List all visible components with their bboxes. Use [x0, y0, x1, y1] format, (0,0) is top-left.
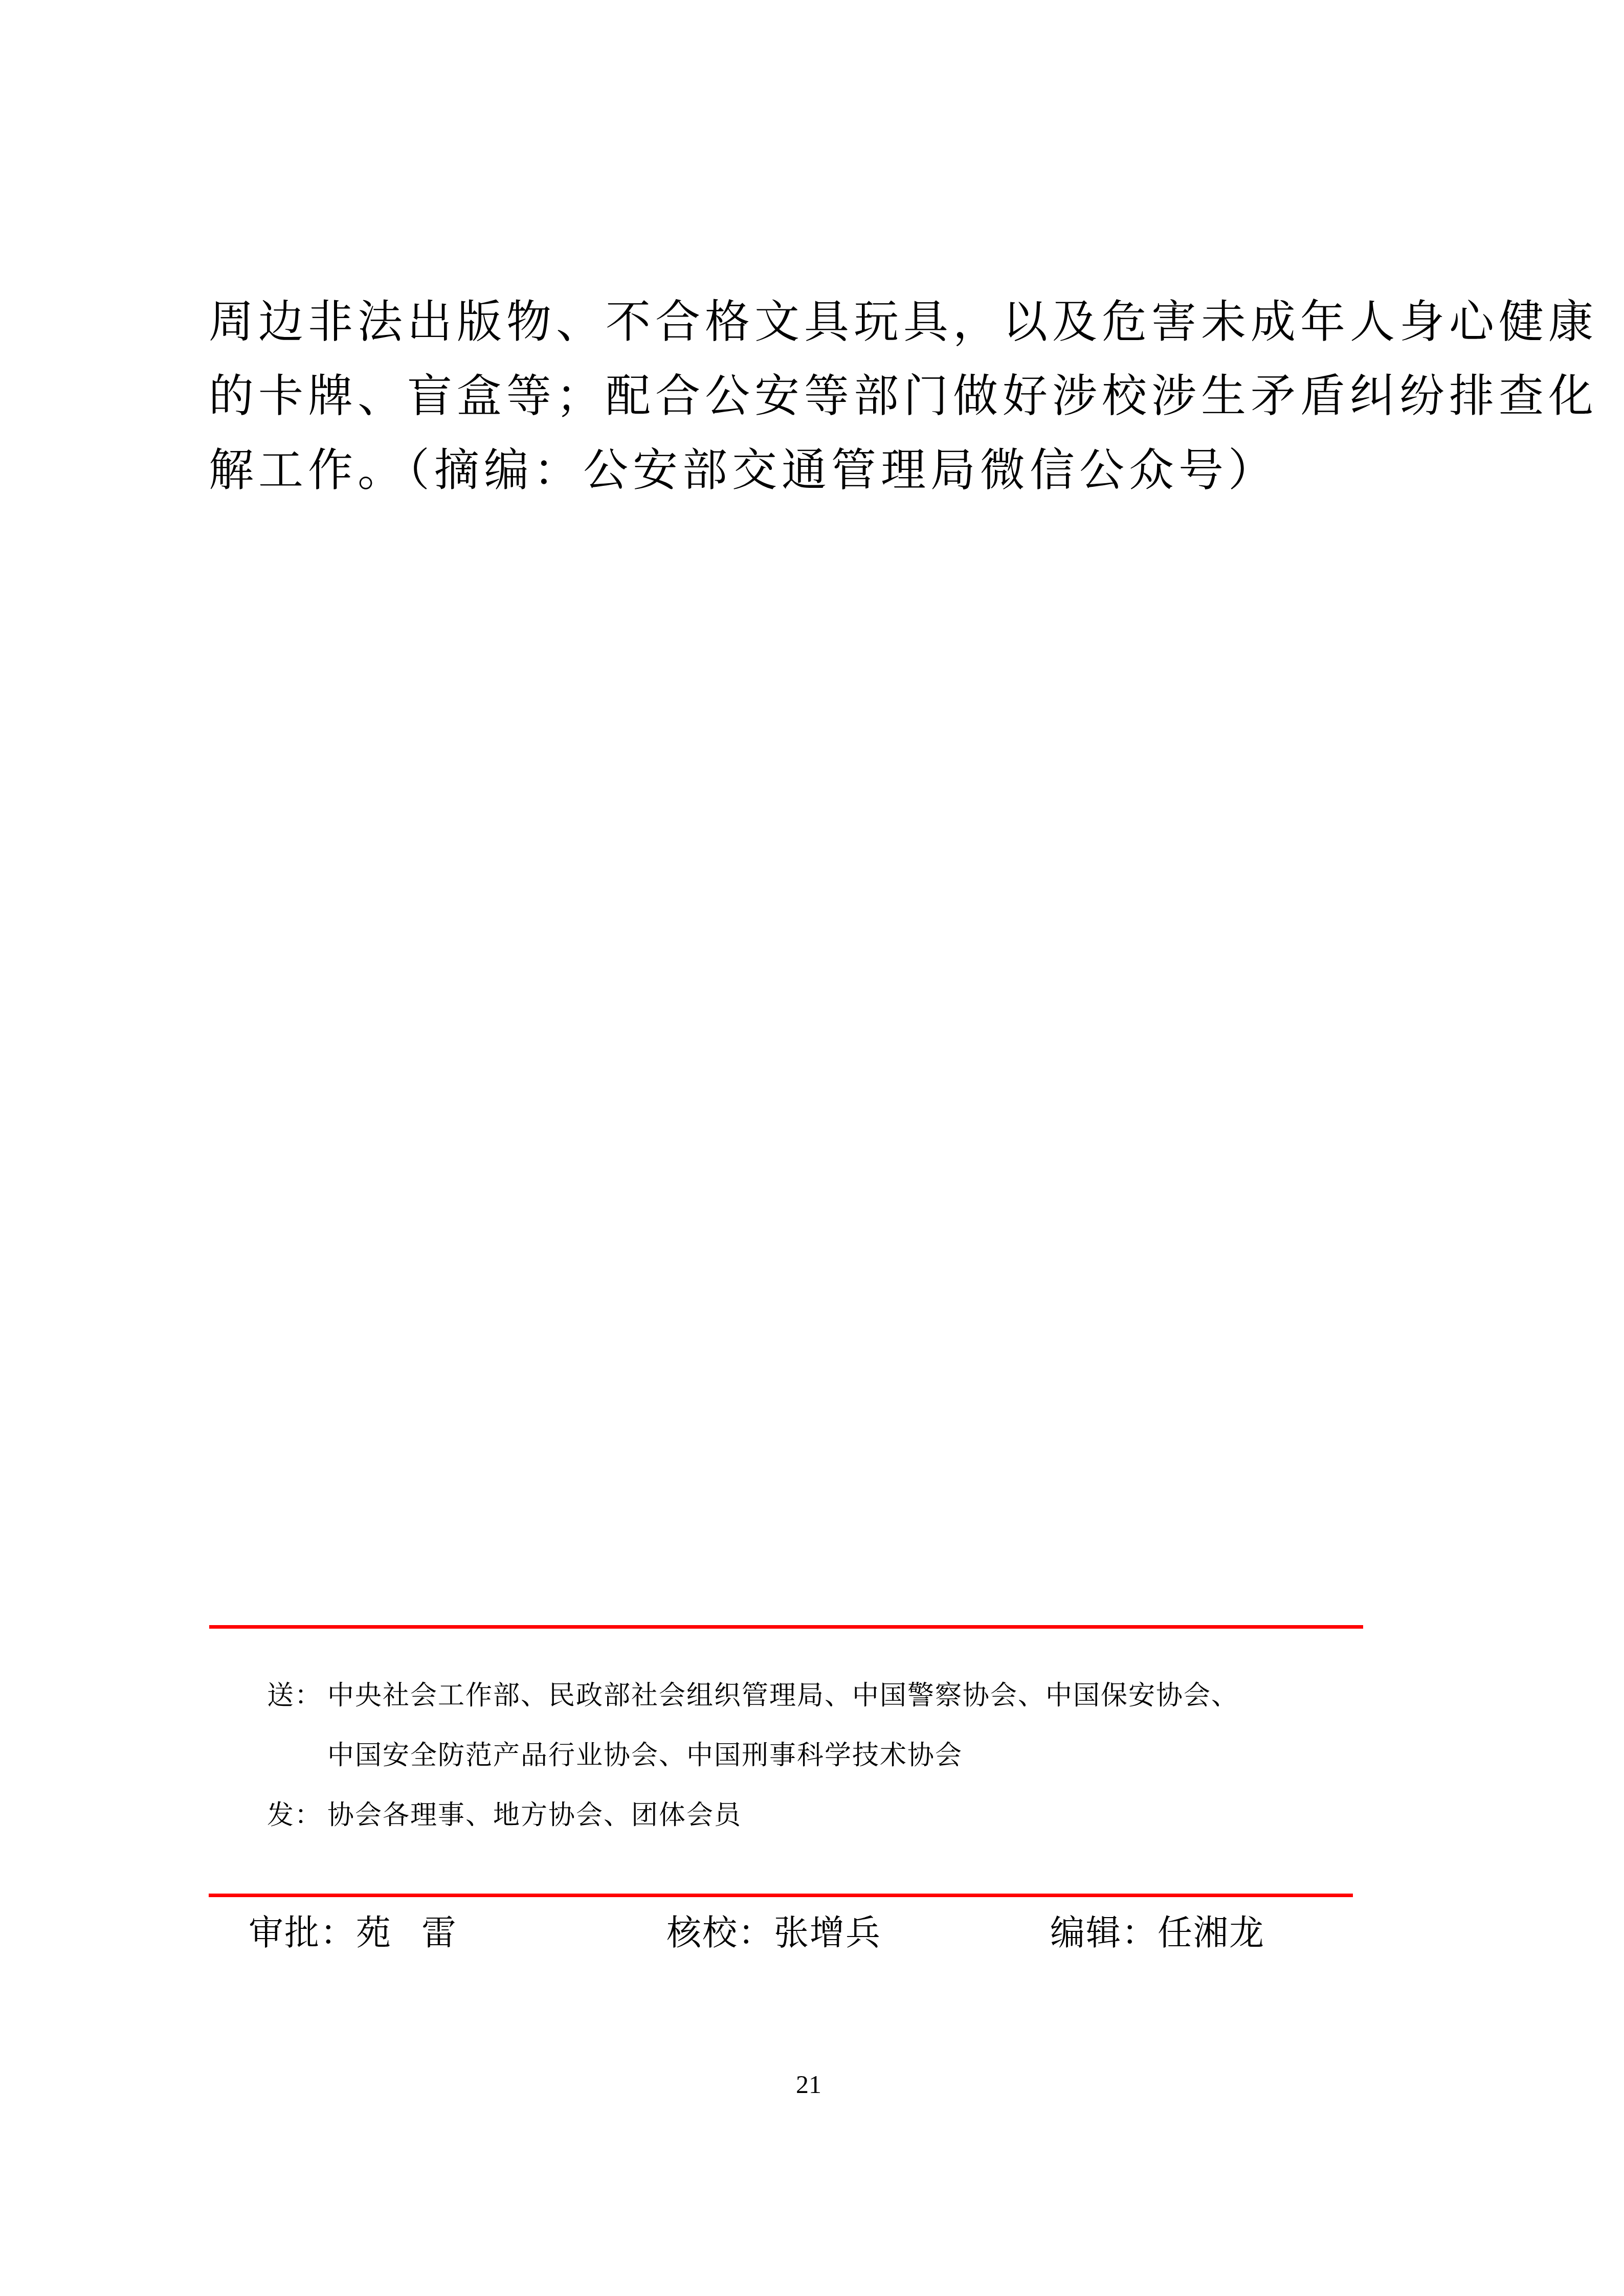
approver: 审批：苑雷 [249, 1910, 457, 1956]
send-label: 送： [267, 1666, 327, 1726]
body-line-1: 周边非法出版物、不合格文具玩具，以及危害未成年人身心健康 [209, 284, 1426, 358]
issue-recipients: 协会各理事、地方协会、团体会员 [327, 1786, 742, 1845]
issue-row: 发： 协会各理事、地方协会、团体会员 [267, 1786, 1239, 1845]
proofreader-label: 核校： [666, 1913, 774, 1953]
body-line-2: 的卡牌、盲盒等；配合公安等部门做好涉校涉生矛盾纠纷排查化 [209, 358, 1426, 433]
page-number: 21 [796, 2070, 821, 2099]
red-divider-bottom [209, 1894, 1353, 1897]
red-divider-top [209, 1625, 1363, 1629]
editor-label: 编辑： [1050, 1913, 1158, 1953]
issue-label: 发： [267, 1786, 327, 1845]
approver-name-part-2: 雷 [421, 1913, 457, 1953]
send-recipients-line-2: 中国安全防范产品行业协会、中国刑事科学技术协会 [327, 1726, 963, 1786]
editor-name: 任湘龙 [1158, 1913, 1265, 1953]
body-line-3: 解工作。（摘编：公安部交通管理局微信公众号） [209, 433, 1426, 507]
send-recipients-line-1: 中央社会工作部、民政部社会组织管理局、中国警察协会、中国保安协会、 [327, 1666, 1239, 1726]
proofreader-name: 张增兵 [774, 1913, 881, 1953]
send-row: 送： 中央社会工作部、民政部社会组织管理局、中国警察协会、中国保安协会、 [267, 1666, 1239, 1726]
distribution-list: 送： 中央社会工作部、民政部社会组织管理局、中国警察协会、中国保安协会、 中国安… [267, 1666, 1239, 1845]
approver-name-part-1: 苑 [356, 1913, 392, 1953]
approver-label: 审批： [249, 1913, 356, 1953]
proofreader: 核校：张增兵 [666, 1910, 881, 1956]
editor: 编辑：任湘龙 [1050, 1910, 1265, 1956]
article-body: 周边非法出版物、不合格文具玩具，以及危害未成年人身心健康 的卡牌、盲盒等；配合公… [209, 284, 1426, 507]
send-row-continued: 中国安全防范产品行业协会、中国刑事科学技术协会 [267, 1726, 1239, 1786]
